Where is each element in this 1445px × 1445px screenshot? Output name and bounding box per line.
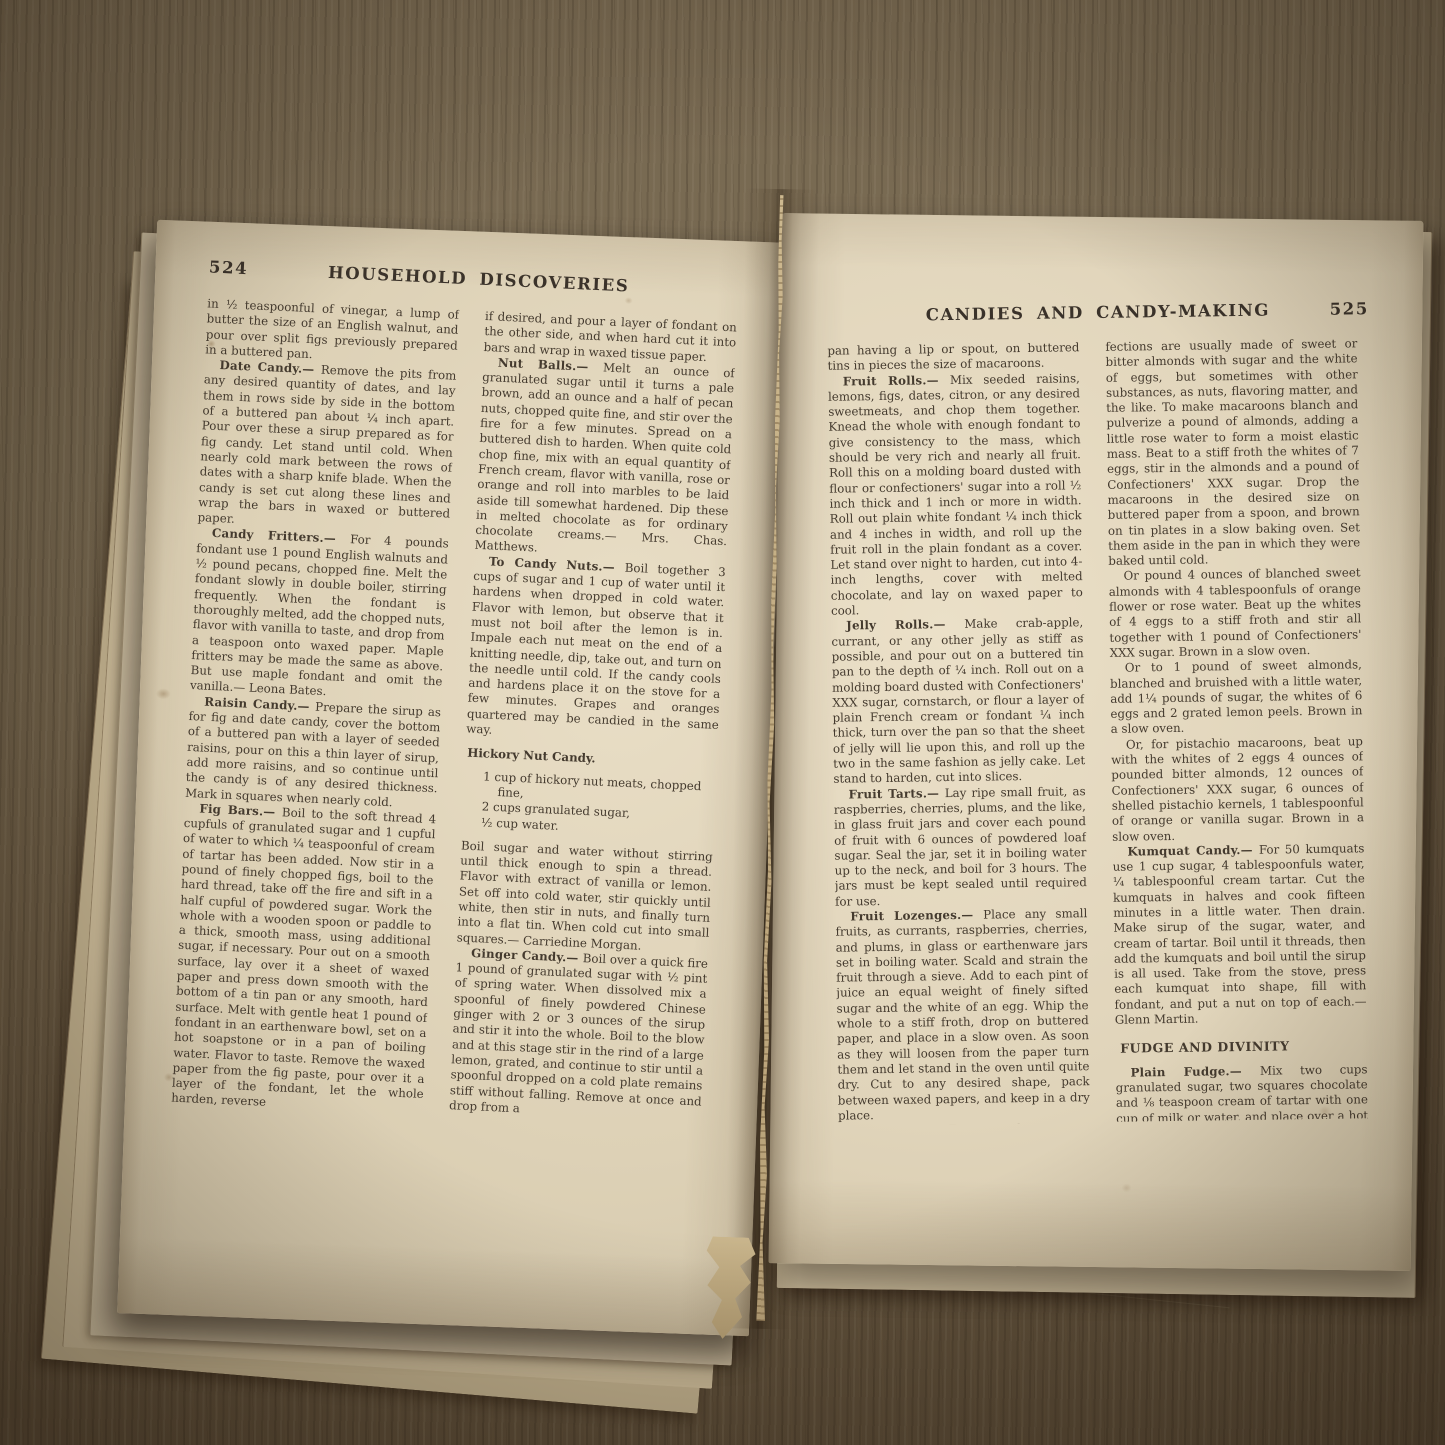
recipe-paragraph: pan having a lip or spout, on buttered t… [827,340,1079,374]
recipe-paragraph: To Candy Nuts.— Boil together 3 cups of … [466,553,726,748]
page-number: 524 [209,257,274,279]
recipe-paragraph: Raisin Candy.— Prepare the sirup as for … [185,694,442,812]
recipe-paragraph: Fruit Rolls.— Mix seeded raisins, lemons… [828,371,1083,619]
recipe-subheading: Hickory Nut Candy. [467,746,717,773]
recipe-paragraph: Kumquat Candy.— For 50 kumquats use 1 cu… [1112,841,1367,1028]
section-heading: FUDGE AND DIVINITY [1120,1038,1367,1057]
recipe-title: Jelly Rolls.— [846,617,964,633]
right-page-525: CANDIES AND CANDY-MAKING 525 pan having … [769,213,1424,1271]
recipe-paragraph: in ½ teaspoonful of vinegar, a lump of b… [205,296,460,369]
recipe-paragraph: Plain Fudge.— Mix two cups granulated su… [1115,1062,1368,1122]
text-column-2: if desired, and pour a layer of fondant … [449,309,737,1128]
right-page-content: CANDIES AND CANDY-MAKING 525 pan having … [770,213,1425,1127]
wooden-table-surface: 524 HOUSEHOLD DISCOVERIES in ½ teaspoonf… [0,0,1445,1445]
left-page-524: 524 HOUSEHOLD DISCOVERIES in ½ teaspoonf… [117,220,789,1336]
running-head-spacer [827,321,891,322]
recipe-title: Plain Fudge.— [1130,1063,1260,1079]
recipe-title: Macaroons.— [853,1122,948,1125]
text-columns: pan having a lip or spout, on buttered t… [827,336,1380,1125]
page-number: 525 [1305,299,1369,319]
running-title: HOUSEHOLD DISCOVERIES [273,260,685,298]
running-head-left: 524 HOUSEHOLD DISCOVERIES [209,257,749,300]
running-head-right: CANDIES AND CANDY-MAKING 525 [827,299,1369,326]
recipe-paragraph: Or pound 4 ounces of blanched sweet almo… [1108,566,1361,661]
open-book: 524 HOUSEHOLD DISCOVERIES in ½ teaspoonf… [85,175,1420,1340]
recipe-title: Fruit Lozenges.— [850,908,983,924]
recipe-paragraph: Candy Fritters.— For 4 pounds fondant us… [190,526,449,706]
recipe-title: Fruit Rolls.— [843,373,950,388]
recipe-paragraph: Nut Balls.— Melt an ounce of granulated … [474,355,735,565]
recipe-paragraph: Or, for pistachio macaroons, beat up wit… [1111,734,1364,845]
left-page-content: 524 HOUSEHOLD DISCOVERIES in ½ teaspoonf… [121,217,792,1130]
recipe-paragraph: Ginger Candy.— Boil over a quick fire 1 … [449,945,708,1125]
recipe-paragraph: fections are usually made of sweet or bi… [1105,336,1360,569]
recipe-paragraph: Fruit Lozenges.— Place any small fruits,… [835,906,1090,1124]
text-column-1: in ½ teaspoonful of vinegar, a lump of b… [171,296,459,1115]
text-column-2: fections are usually made of sweet or bi… [1105,336,1368,1121]
recipe-title: Kumquat Candy.— [1127,843,1259,859]
text-columns: in ½ teaspoonful of vinegar, a lump of b… [171,296,747,1128]
recipe-paragraph: Boil sugar and water without stirring un… [457,838,714,956]
recipe-paragraph: Or to 1 pound of sweet almonds, blanched… [1110,658,1363,738]
recipe-paragraph: Fruit Tarts.— Lay ripe small fruit, as r… [834,784,1088,910]
text-column-1: pan having a lip or spout, on buttered t… [827,340,1090,1125]
recipe-paragraph: Date Candy.— Remove the pits from any de… [197,358,456,538]
recipe-title: Fruit Tarts.— [849,786,945,801]
ingredient-list: 1 cup of hickory nut meats, chopped fine… [466,768,717,840]
recipe-paragraph: Fig Bars.— Boil to the soft thread 4 cup… [171,801,436,1115]
foxing-spot [1122,1183,1132,1192]
recipe-paragraph: Jelly Rolls.— Make crab-apple, currant, … [831,616,1085,788]
recipe-title: Fig Bars.— [199,801,282,819]
running-title: CANDIES AND CANDY-MAKING [891,300,1305,325]
running-head-spacer [684,294,748,297]
